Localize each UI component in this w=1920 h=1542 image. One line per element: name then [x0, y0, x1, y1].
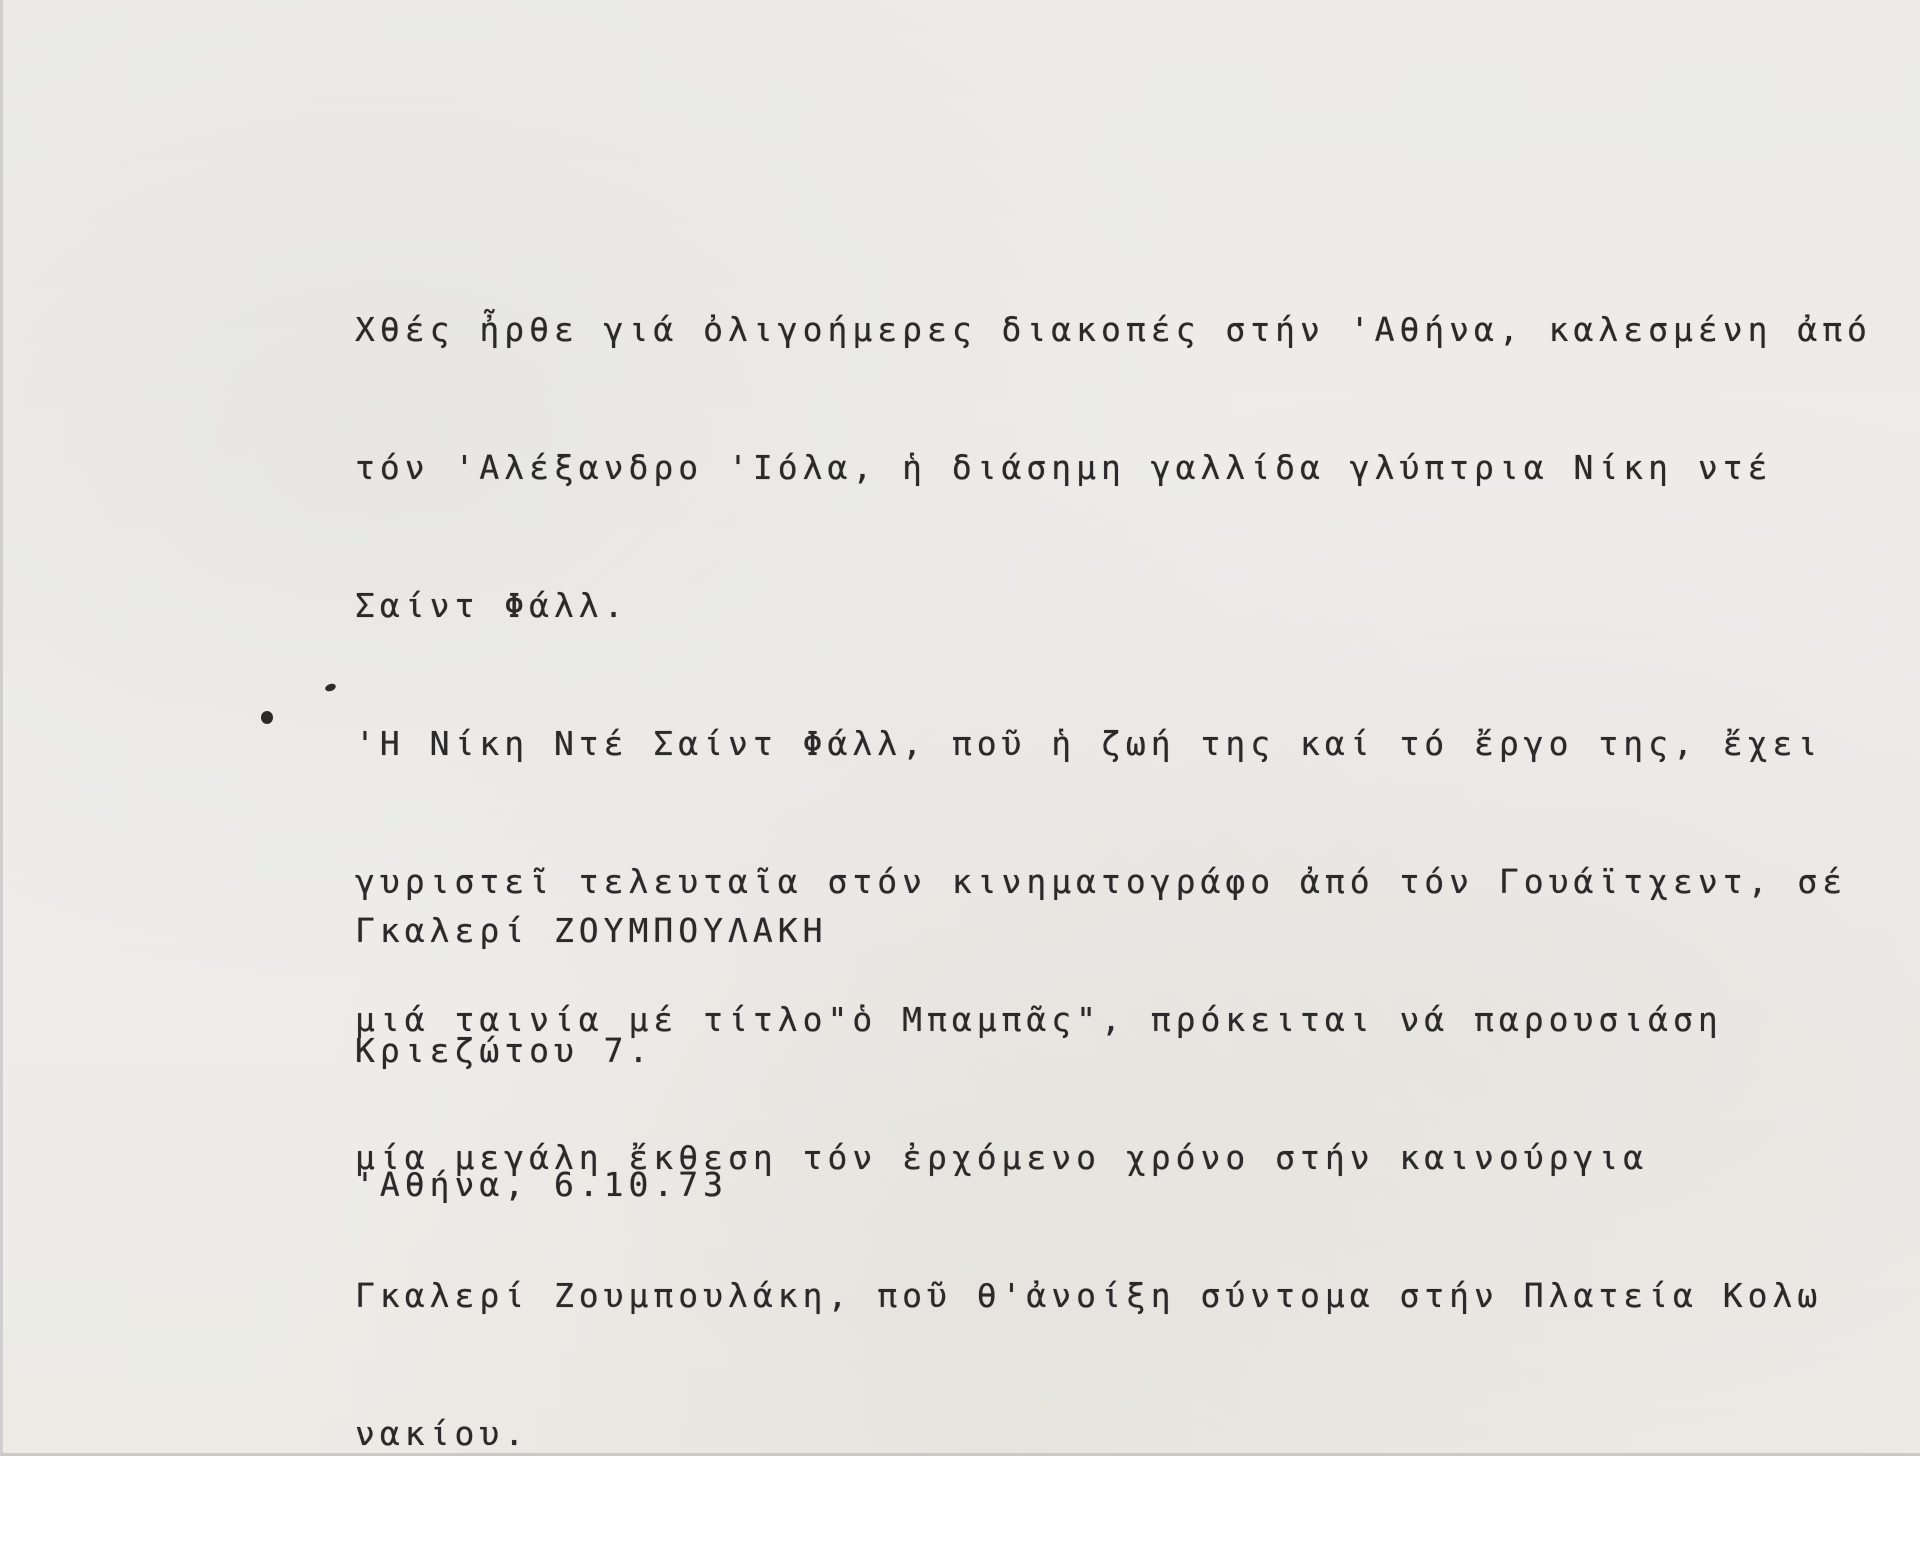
- body-line: νακίου.: [355, 1404, 1872, 1464]
- gallery-name: Γκαλερί ΖΟΥΜΠΟΥΛΑΚΗ: [355, 910, 828, 952]
- gallery-address: Κριεζώτου 7.: [355, 1030, 828, 1072]
- signature-block: Γκαλερί ΖΟΥΜΠΟΥΛΑΚΗ Κριεζώτου 7. 'Αθήνα,…: [355, 832, 828, 1284]
- body-line: 'Η Νίκη Ντέ Σαίντ Φάλλ, ποῦ ἡ ζωή της κα…: [355, 714, 1872, 774]
- paper-sheet: Χθές ἦρθε γιά ὀλιγοήμερες διακοπές στήν …: [0, 0, 1920, 1456]
- body-line: τόν 'Αλέξανδρο 'Ιόλα, ἡ διάσημη γαλλίδα …: [355, 438, 1872, 498]
- body-line: Σαίντ Φάλλ.: [355, 576, 1872, 636]
- body-line: Χθές ἦρθε γιά ὀλιγοήμερες διακοπές στήν …: [355, 300, 1872, 360]
- margin-dash-mark: [324, 682, 337, 692]
- place-date: 'Αθήνα, 6.10.73: [355, 1164, 828, 1206]
- margin-dot-mark: [261, 711, 273, 724]
